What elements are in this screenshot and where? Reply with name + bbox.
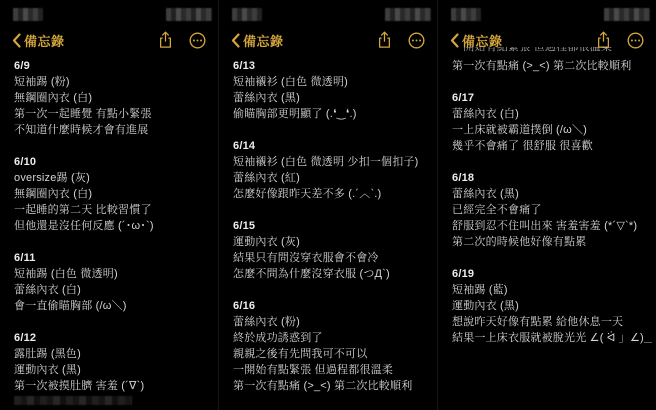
note-text-line: 第一次被摸肚臍 害羞 (´∇`): [14, 378, 214, 394]
note-text-line: 運動內衣 (黑): [452, 298, 652, 314]
note-date-line: 6/14: [233, 138, 433, 154]
note-date-line: 6/9: [14, 58, 214, 74]
note-text-line: 但他還是沒任何反應 (´･ω･`): [14, 218, 214, 234]
note-blank-line: [233, 202, 433, 218]
note-text-line: 一開始有點緊張 但過程都很溫柔: [233, 362, 433, 378]
note-blank-line: [14, 314, 214, 330]
back-to-notes-button[interactable]: 備忘錄: [231, 31, 284, 50]
note-text-line: 無鋼圈內衣 (白): [14, 186, 214, 202]
note-text-line: 短袖襯衫 (白色 微透明): [233, 74, 433, 90]
note-text-line: 舒服到忍不住叫出來 害羞害羞 (*´▽`*): [452, 218, 652, 234]
notes-screenshot-3: 備忘錄 一開始有點緊張 但過程都很溫柔 第一次有點痛 (>_<) 第二次比較順利…: [438, 0, 656, 410]
censored-status-time: [451, 8, 481, 21]
note-text-line: 想說昨天好像有點累 給他休息一天: [452, 314, 652, 330]
share-button[interactable]: [158, 31, 173, 49]
share-icon: [158, 31, 173, 49]
note-text-line: 一起睡的第二天 比較習慣了: [14, 202, 214, 218]
note-date-line: 6/17: [452, 90, 652, 106]
censored-note-line: [14, 396, 132, 405]
note-text-line: 怎麼好像跟昨天差不多 (.´︿`.): [233, 186, 433, 202]
note-date-line: 6/12: [14, 330, 214, 346]
note-body[interactable]: 第一次有點痛 (>_<) 第二次比較順利 6/17蕾絲內衣 (白)一上床就被霸道…: [452, 58, 652, 410]
more-options-button[interactable]: [189, 32, 206, 49]
note-date-line: 6/11: [14, 250, 214, 266]
note-date-line: 6/13: [233, 58, 433, 74]
note-blank-line: [14, 234, 214, 250]
note-text-line: 運動內衣 (灰): [233, 234, 433, 250]
note-text-line: 蕾絲內衣 (白): [14, 282, 214, 298]
ellipsis-circle-icon: [408, 32, 425, 49]
note-date-line: 6/18: [452, 170, 652, 186]
censored-status-time: [232, 8, 262, 21]
note-text-line: 蕾絲內衣 (紅): [233, 170, 433, 186]
clipped-note-line: 一開始有點緊張 但過程都很溫柔: [452, 47, 612, 55]
ellipsis-circle-icon: [189, 32, 206, 49]
note-body[interactable]: 6/13短袖襯衫 (白色 微透明)蕾絲內衣 (黑)偷瞄胸部更明顯了 (.❛‿❛.…: [233, 58, 433, 410]
note-text-line: 第一次有點痛 (>_<) 第二次比較順利: [452, 58, 652, 74]
back-label: 備忘錄: [243, 31, 284, 50]
note-text-line: 無鋼圈內衣 (白): [14, 90, 214, 106]
chevron-left-icon: [12, 33, 21, 48]
note-text-line: 終於成功誘惑到了: [233, 330, 433, 346]
back-to-notes-button[interactable]: 備忘錄: [12, 31, 65, 50]
note-text-line: 短袖踢 (粉): [14, 74, 214, 90]
chevron-left-icon: [450, 33, 459, 48]
note-date-line: 6/16: [233, 298, 433, 314]
note-text-line: 不知道什麼時候才會有進展: [14, 122, 214, 138]
more-options-button[interactable]: [408, 32, 425, 49]
note-blank-line: [452, 250, 652, 266]
note-text-line: 第一次有點痛 (>_<) 第二次比較順利: [233, 378, 433, 394]
more-options-button[interactable]: [627, 32, 644, 49]
note-blank-line: [233, 282, 433, 298]
note-text-line: 怎麼不問為什麼沒穿衣服 (つД`): [233, 266, 433, 282]
note-text-line: 短袖踢 (白色 微透明): [14, 266, 214, 282]
notes-navbar: 備忘錄: [219, 28, 437, 52]
note-text-line: 運動內衣 (黑): [14, 362, 214, 378]
note-text-line: 第一次一起睡覺 有點小緊張: [14, 106, 214, 122]
note-text-line: 蕾絲內衣 (白): [452, 106, 652, 122]
ellipsis-circle-icon: [627, 32, 644, 49]
notes-screenshot-2: 備忘錄 6/13短袖襯衫 (白色 微透明)蕾絲內衣 (黑)偷瞄胸部更明顯了 (.…: [219, 0, 437, 410]
note-date-line: 6/10: [14, 154, 214, 170]
share-button[interactable]: [377, 31, 392, 49]
note-text-line: 親親之後有先問我可不可以: [233, 346, 433, 362]
note-text-line: 蕾絲內衣 (粉): [233, 314, 433, 330]
note-text-line: 露肚踢 (黑色): [14, 346, 214, 362]
note-text-line: 第二次的時候他好像有點累: [452, 234, 652, 250]
note-text-line: 已經完全不會痛了: [452, 202, 652, 218]
censored-status-battery: [385, 8, 431, 21]
note-text-line: 結果一上床衣服就被脫光光 ∠( ᐛ 」∠)＿: [452, 330, 652, 346]
note-date-line: 6/19: [452, 266, 652, 282]
note-text-line: 會一直偷瞄胸部 (/ω＼): [14, 298, 214, 314]
note-text-line: 偷瞄胸部更明顯了 (.❛‿❛.): [233, 106, 433, 122]
note-text-line: 短袖踢 (藍): [452, 282, 652, 298]
note-blank-line: [452, 154, 652, 170]
note-text-line: 蕾絲內衣 (黑): [452, 186, 652, 202]
note-text-line: 蕾絲內衣 (黑): [233, 90, 433, 106]
note-blank-line: [14, 138, 214, 154]
note-blank-line: [452, 74, 652, 90]
back-label: 備忘錄: [24, 31, 65, 50]
note-blank-line: [233, 122, 433, 138]
chevron-left-icon: [231, 33, 240, 48]
note-text-line: 結果只有問沒穿衣服會不會冷: [233, 250, 433, 266]
share-icon: [377, 31, 392, 49]
note-body[interactable]: 6/9短袖踢 (粉)無鋼圈內衣 (白)第一次一起睡覺 有點小緊張不知道什麼時候才…: [14, 58, 214, 410]
notes-screenshot-1: 備忘錄 6/9短袖踢 (粉)無鋼圈內衣 (白)第一次一起睡覺 有點小緊張不知道什…: [0, 0, 218, 410]
censored-status-time: [13, 8, 43, 21]
triple-notes-screenshot-collage: 備忘錄 6/9短袖踢 (粉)無鋼圈內衣 (白)第一次一起睡覺 有點小緊張不知道什…: [0, 0, 656, 410]
note-date-line: 6/15: [233, 218, 433, 234]
censored-status-battery: [604, 8, 650, 21]
note-text-line: 一上床就被霸道撲倒 (/ω＼): [452, 122, 652, 138]
note-text-line: 短袖襯衫 (白色 微透明 少扣一個扣子): [233, 154, 433, 170]
notes-navbar: 備忘錄: [0, 28, 218, 52]
note-text-line: oversize踢 (灰): [14, 170, 214, 186]
note-text-line: 幾乎不會痛了 很舒服 很喜歡: [452, 138, 652, 154]
censored-status-battery: [166, 8, 212, 21]
